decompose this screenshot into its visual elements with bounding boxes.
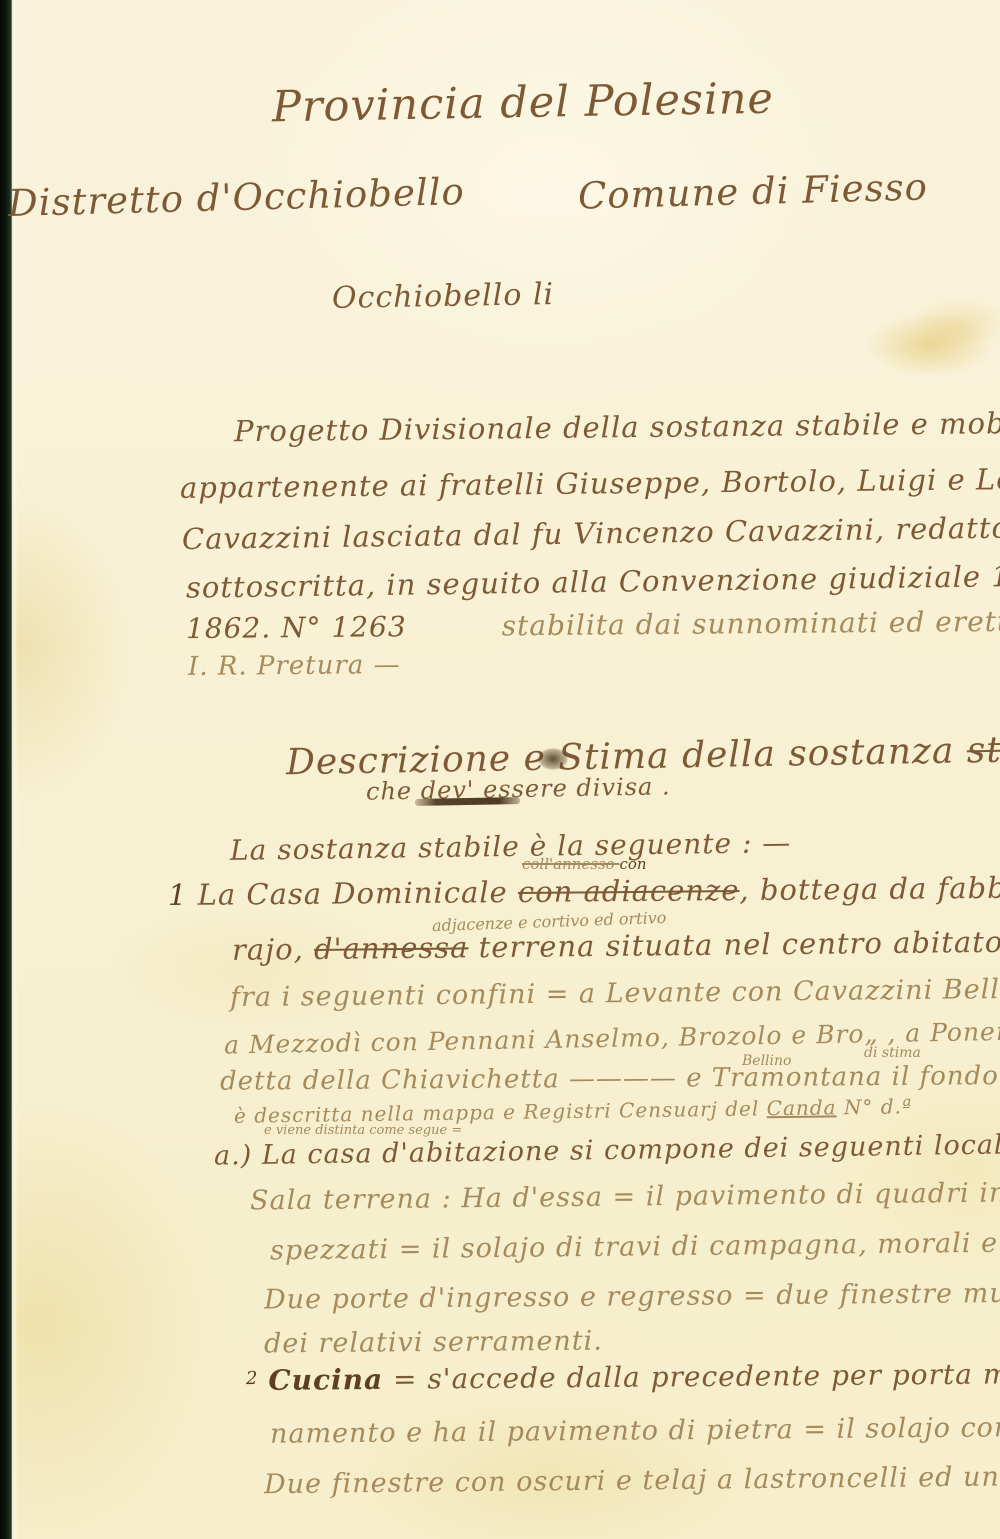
intro-line-3: Cavazzini lasciata dal fu Vincenzo Cavaz… bbox=[182, 512, 1000, 556]
cucina-l1-rest: = s'accede dalla precedente per porta mu… bbox=[383, 1356, 1000, 1396]
ink-blot bbox=[538, 748, 568, 770]
cucina-number: 2 bbox=[246, 1368, 259, 1389]
item1-l6-underlined: Canda bbox=[767, 1095, 837, 1120]
item1-l2-struck: d'annessa bbox=[314, 930, 469, 966]
cucina-line-2: namento e ha il pavimento di pietra = il… bbox=[270, 1412, 1000, 1449]
body-intro-line: La sostanza stabile è la seguente : — bbox=[230, 828, 792, 867]
intro-line-5: 1862. N° 1263stabilita dai sunnominati e… bbox=[186, 606, 1000, 645]
intro-line-6: I. R. Pretura — bbox=[188, 651, 401, 681]
page-title: Provincia del Polesine bbox=[272, 76, 775, 132]
item1-l1a: La Casa Dominicale bbox=[198, 875, 519, 912]
heading-underline bbox=[415, 797, 520, 806]
intro-line-1: Progetto Divisionale della sostanza stab… bbox=[234, 408, 1000, 448]
district-line: Distretto d'Occhiobello bbox=[8, 172, 466, 225]
interline-correction-above: coll'annesso con bbox=[522, 856, 647, 873]
item1-l1b: , bottega da fabbro fer bbox=[739, 870, 1000, 907]
item1-l6b: N° d.ª bbox=[836, 1094, 912, 1119]
intro-line-4: sottoscritta, in seguito alla Convenzion… bbox=[186, 559, 1000, 604]
protocol-number: 1862. N° 1263 bbox=[186, 610, 407, 645]
interline-struck: coll'annesso bbox=[522, 855, 615, 873]
dateline: Occhiobello li bbox=[332, 278, 555, 315]
cucina-label: Cucina bbox=[268, 1363, 383, 1397]
interline-kept: con bbox=[620, 856, 647, 873]
item1-line-1: 1 La Casa Dominicale con adiacenze, bott… bbox=[168, 872, 1000, 912]
sala-line-3: Due porte d'ingresso e regresso = due fi… bbox=[264, 1279, 1000, 1316]
item1-l2b: terrena situata nel centro abitato di Fi… bbox=[468, 923, 1000, 964]
commune-line: Comune di Fiesso bbox=[578, 167, 929, 217]
manuscript-page: Provincia del Polesine Distretto d'Occhi… bbox=[0, 0, 1000, 1539]
cucina-line-1: 2 Cucina = s'accede dalla precedente per… bbox=[246, 1358, 1000, 1397]
item1-line-2: rajo, d'annessa terrena situata nel cent… bbox=[232, 925, 1000, 967]
item1-line-5-note: di stima bbox=[864, 1046, 921, 1061]
spacer bbox=[407, 635, 502, 636]
section-heading-struck-word: stabile bbox=[967, 728, 1000, 771]
sala-line-4: dei relativi serramenti. bbox=[264, 1327, 603, 1360]
intro-line-2: appartenente ai fratelli Giuseppe, Borto… bbox=[180, 463, 1000, 505]
cucina-line-3: Due finestre con oscuri e telaj a lastro… bbox=[264, 1462, 1000, 1500]
item1-line-3: fra i seguenti confini = a Levante con C… bbox=[230, 973, 1000, 1013]
item1-number: 1 bbox=[168, 878, 188, 912]
item1-l2a: rajo, bbox=[232, 932, 314, 967]
sala-line-2: spezzati = il solajo di travi di campagn… bbox=[270, 1228, 1000, 1266]
item1-l1-struck: con adiacenze bbox=[518, 873, 740, 909]
paper-edge-highlight bbox=[12, 0, 18, 1539]
intro-line-5b: stabilita dai sunnominati ed eretta in t… bbox=[502, 604, 1000, 642]
sala-line-1: Sala terrena : Ha d'essa = il pavimento … bbox=[250, 1178, 1000, 1217]
item1-line-5: detta della Chiavichetta ———— e Tramonta… bbox=[220, 1060, 1000, 1096]
item1-line-6-note: e viene distinta come segue = bbox=[264, 1124, 462, 1138]
item1-line-6: è descritta nella mappa e Registri Censu… bbox=[234, 1095, 913, 1126]
